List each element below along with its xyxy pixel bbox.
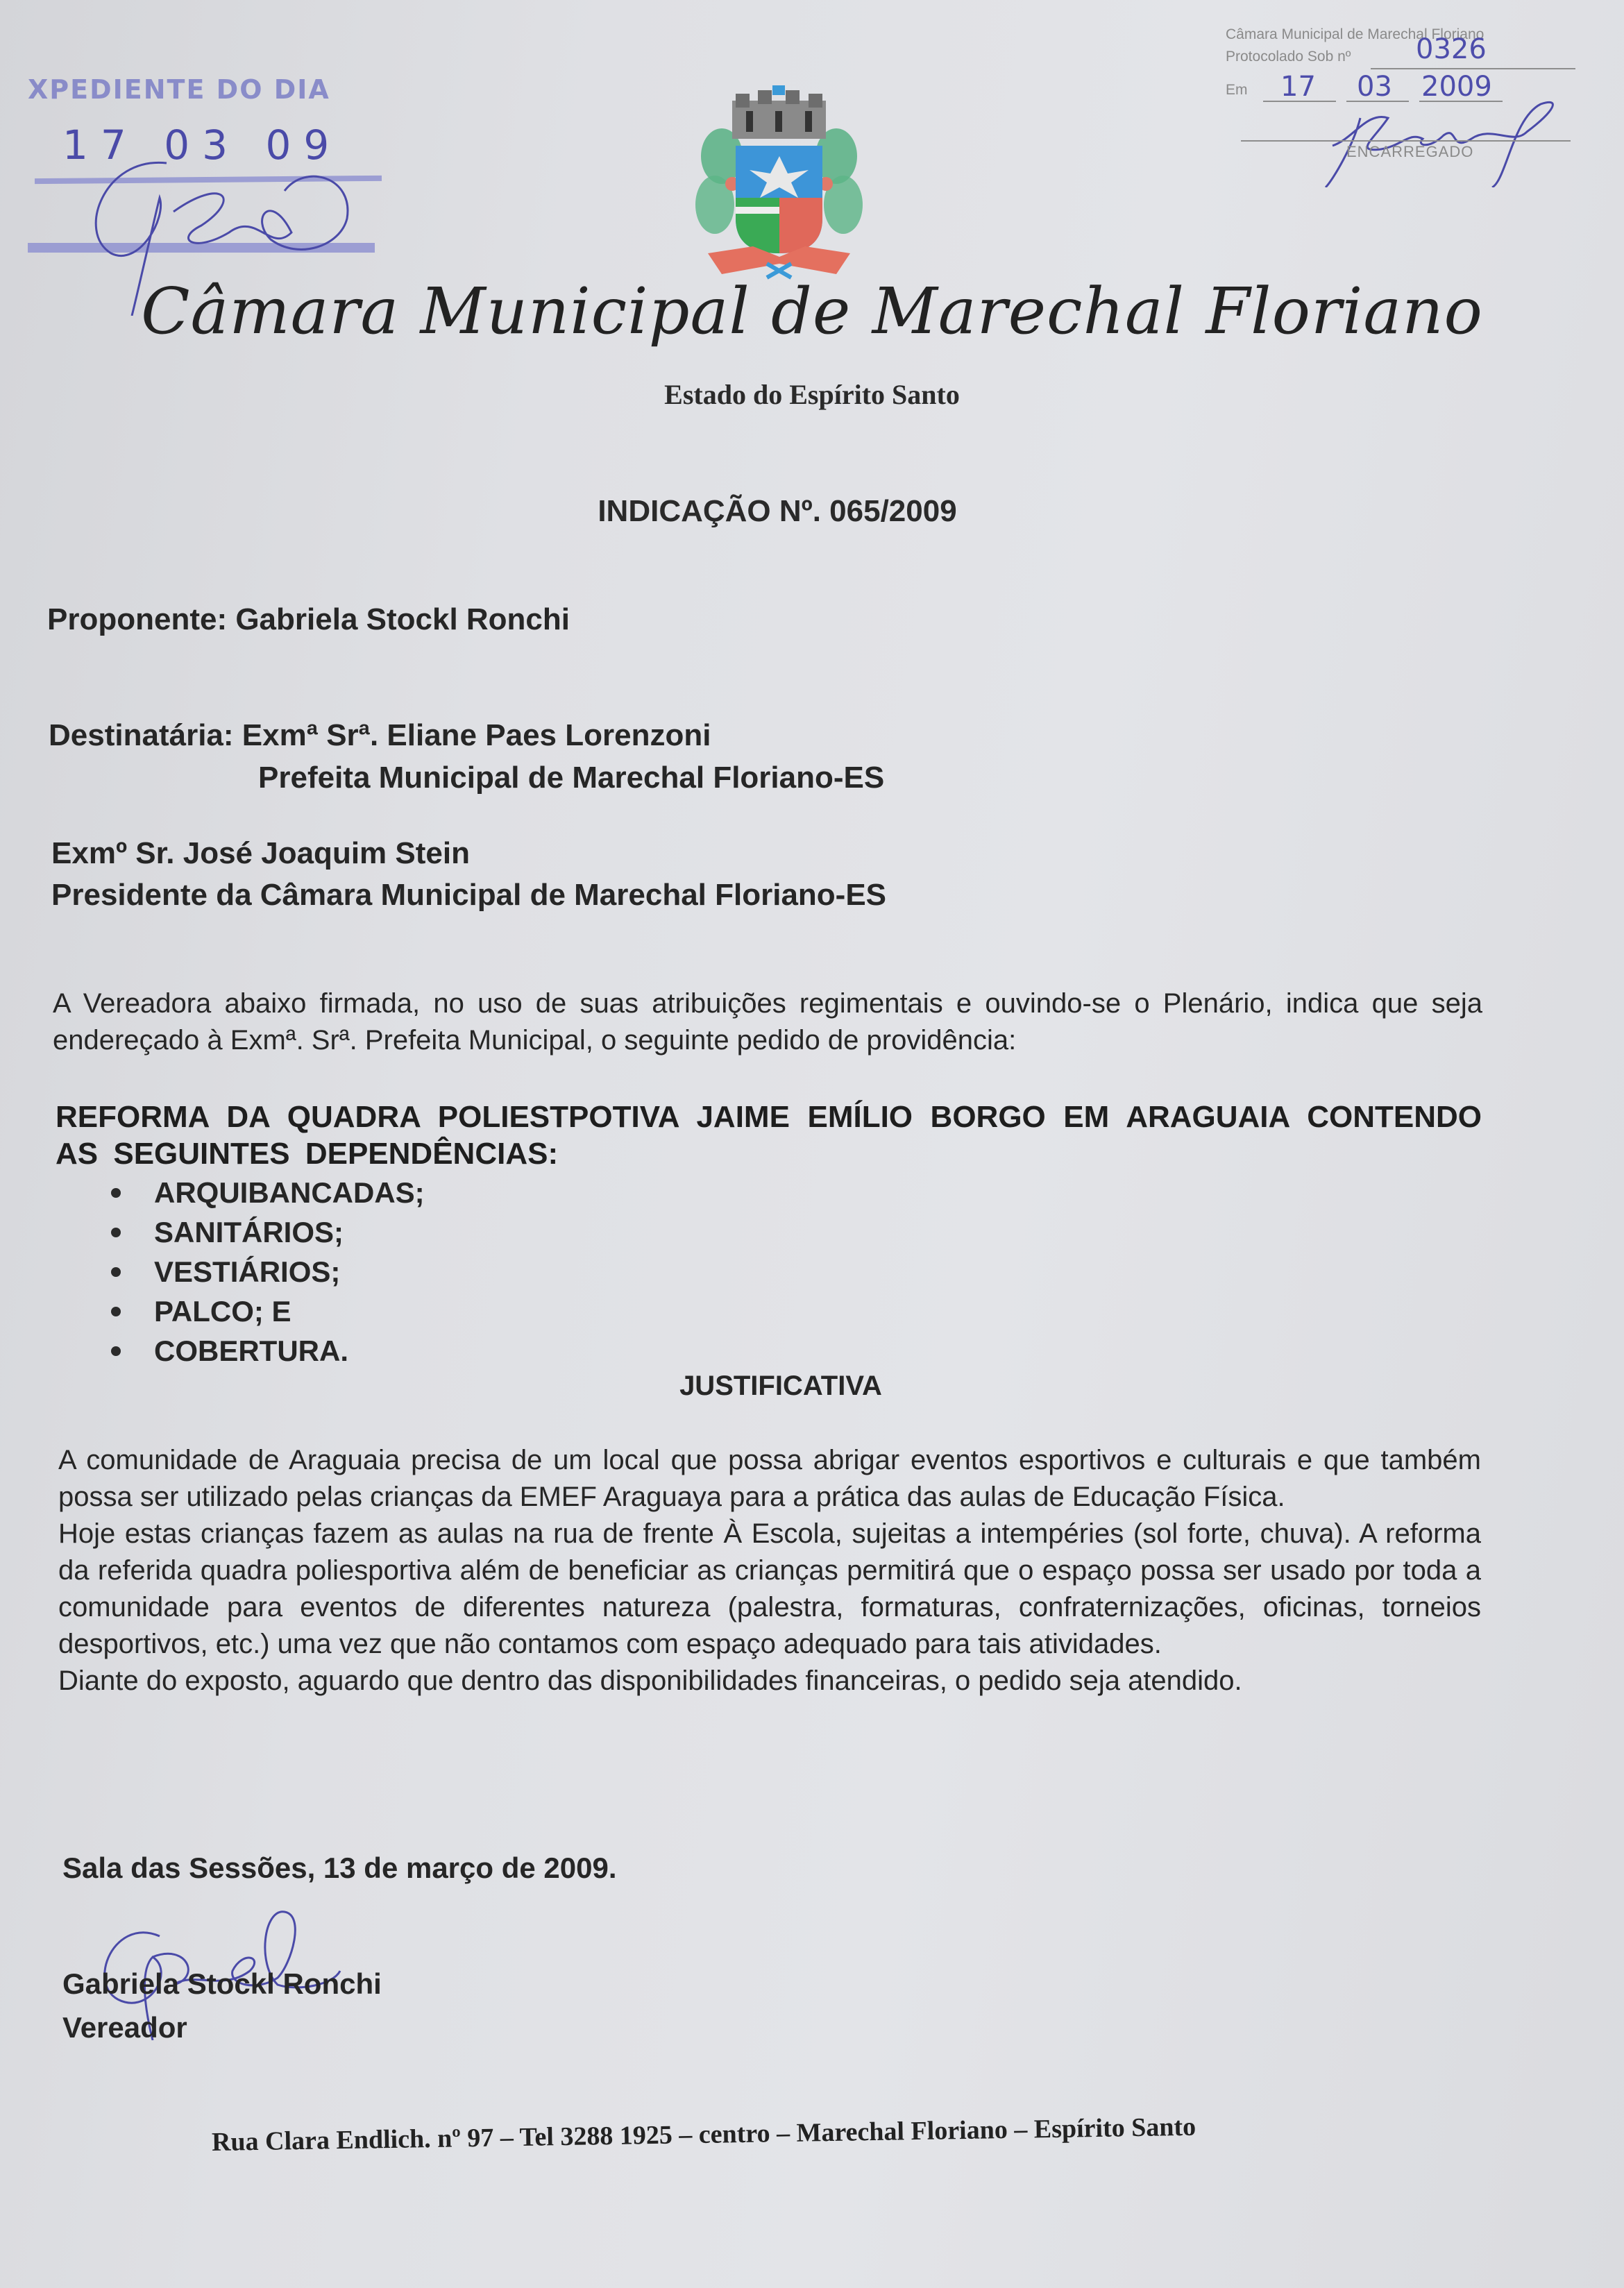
list-item: SANITÁRIOS; xyxy=(45,1212,425,1252)
state-subtitle: Estado do Espírito Santo xyxy=(0,378,1624,411)
protocol-label: Protocolado Sob nº xyxy=(1226,49,1351,65)
protocol-date-label: Em xyxy=(1226,82,1248,99)
institution-title: Câmara Municipal de Marechal Floriano xyxy=(0,274,1624,348)
recipient-line1: Destinatária: Exmª Srª. Eliane Paes Lore… xyxy=(49,718,711,753)
place-date: Sala das Sessões, 13 de março de 2009. xyxy=(62,1851,617,1885)
list-item: PALCO; E xyxy=(45,1291,425,1331)
coat-of-arms-icon xyxy=(691,80,868,281)
justification-paragraph: Diante do exposto, aguardo que dentro da… xyxy=(58,1663,1481,1700)
signer-name: Gabriela Stockl Ronchi xyxy=(62,1967,382,2001)
list-item: COBERTURA. xyxy=(45,1331,425,1371)
justification-body: A comunidade de Araguaia precisa de um l… xyxy=(58,1442,1481,1700)
list-item: ARQUIBANCADAS; xyxy=(45,1173,425,1212)
protocol-number: 0326 xyxy=(1416,33,1487,65)
encarregado-label: ENCARREGADO xyxy=(1346,143,1473,161)
intro-paragraph: A Vereadora abaixo firmada, no uso de su… xyxy=(53,985,1482,1059)
bullet-icon xyxy=(111,1307,121,1316)
justification-paragraph: Hoje estas crianças fazem as aulas na ru… xyxy=(58,1516,1481,1663)
bullet-icon xyxy=(111,1228,121,1237)
justification-heading: JUSTIFICATIVA xyxy=(0,1371,1562,1402)
document-number: INDICAÇÃO Nº. 065/2009 xyxy=(0,494,1555,529)
cc-line1: Exmº Sr. José Joaquim Stein xyxy=(51,836,470,871)
encarregado-underline xyxy=(1241,140,1571,142)
bullet-icon xyxy=(111,1346,121,1356)
proponent-line: Proponente: Gabriela Stockl Ronchi xyxy=(47,602,570,637)
bullet-icon xyxy=(111,1188,121,1198)
protocol-number-underline xyxy=(1371,68,1575,69)
receiver-signature-icon xyxy=(1249,97,1575,187)
footer-address: Rua Clara Endlich. nº 97 – Tel 3288 1925… xyxy=(212,2109,1357,2158)
bullet-icon xyxy=(111,1267,121,1277)
expediente-stamp-title: XPEDIENTE DO DIA xyxy=(28,74,330,105)
protocol-stamp: Câmara Municipal de Marechal Floriano Pr… xyxy=(1221,21,1582,180)
recipient-line2: Prefeita Municipal de Marechal Floriano-… xyxy=(258,761,884,795)
justification-paragraph: A comunidade de Araguaia precisa de um l… xyxy=(58,1442,1481,1516)
cc-line2: Presidente da Câmara Municipal de Marech… xyxy=(51,878,886,913)
signer-role: Vereador xyxy=(62,2011,187,2044)
request-title: REFORMA DA QUADRA POLIESTPOTIVA JAIME EM… xyxy=(56,1099,1482,1172)
expediente-stamp: XPEDIENTE DO DIA 17 03 09 xyxy=(21,66,396,246)
list-item: VESTIÁRIOS; xyxy=(45,1252,425,1291)
request-items-list: ARQUIBANCADAS; SANITÁRIOS; VESTIÁRIOS; P… xyxy=(45,1173,425,1371)
